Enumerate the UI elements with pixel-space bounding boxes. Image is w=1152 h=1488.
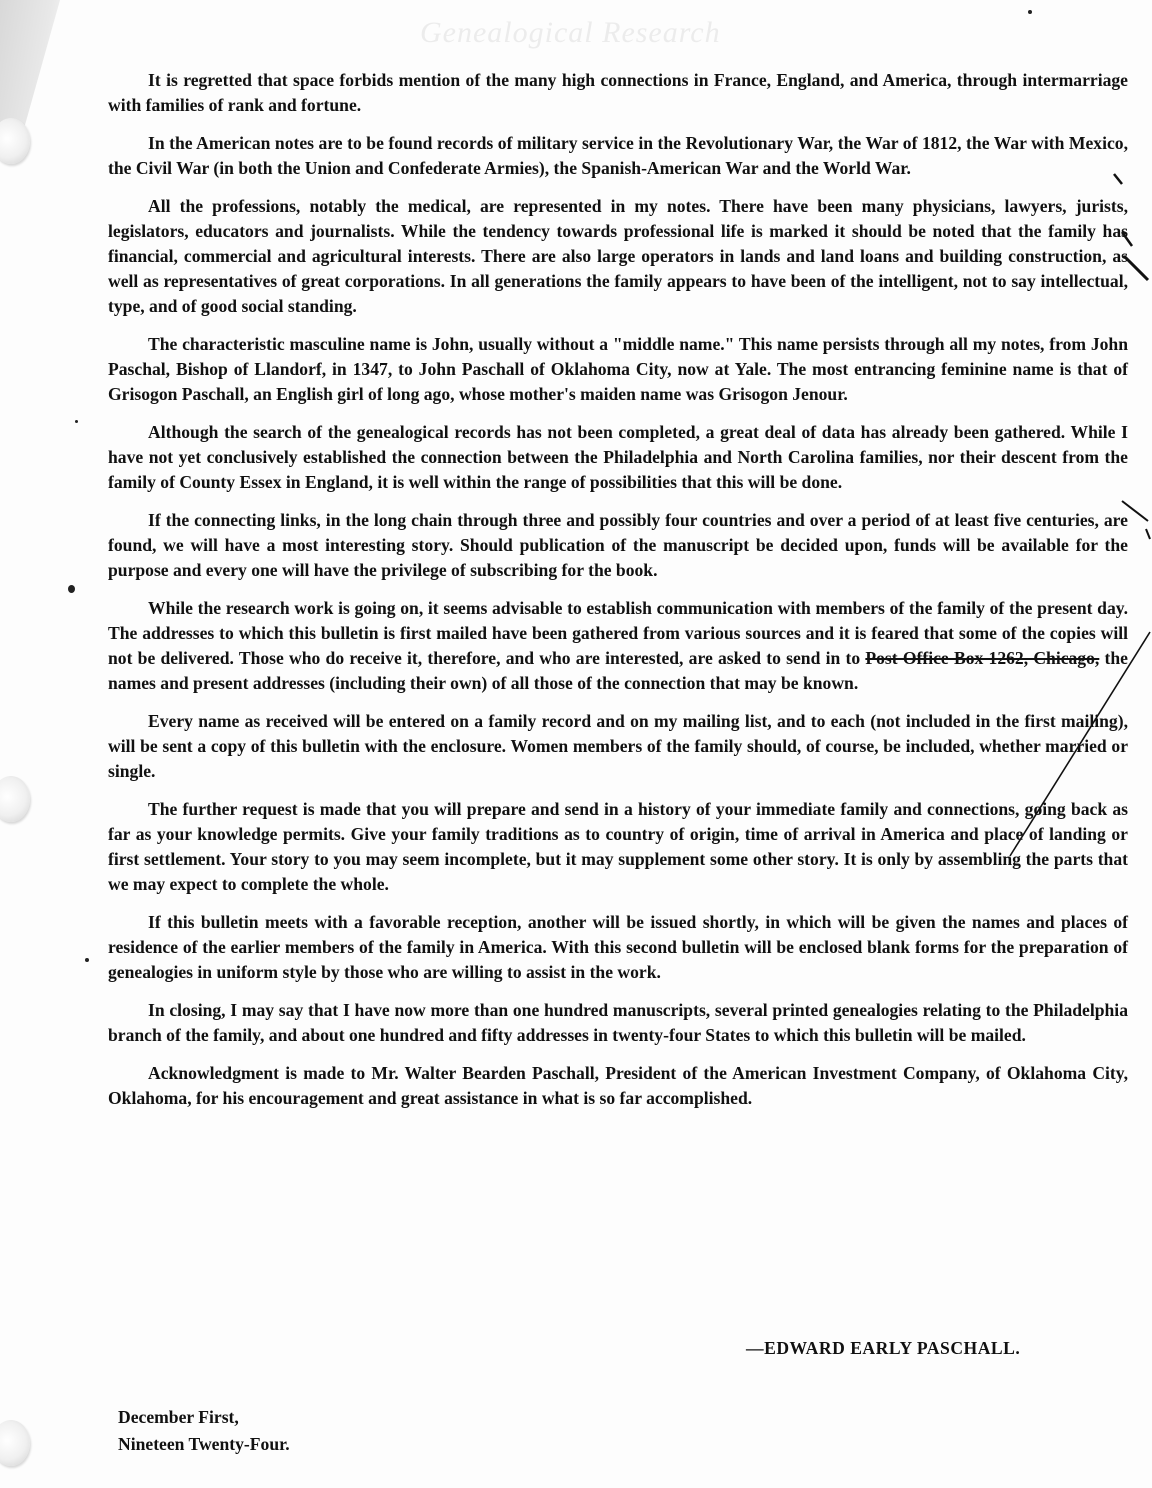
ink-dot bbox=[68, 585, 75, 593]
scanned-page: Genealogical Research It is regretted th… bbox=[0, 0, 1152, 1488]
paragraph: Acknowledgment is made to Mr. Walter Bea… bbox=[108, 1061, 1128, 1111]
bleed-through-heading: Genealogical Research bbox=[420, 16, 820, 50]
pen-mark-icon bbox=[1110, 170, 1140, 190]
paragraph: In the American notes are to be found re… bbox=[108, 131, 1128, 181]
punch-hole-icon bbox=[0, 776, 30, 822]
paragraph: It is regretted that space forbids menti… bbox=[108, 68, 1128, 118]
diagonal-pen-line-icon bbox=[980, 630, 1152, 860]
paragraph: All the professions, notably the medical… bbox=[108, 194, 1128, 319]
pen-mark-icon bbox=[1118, 495, 1152, 555]
date-line-2: Nineteen Twenty-Four. bbox=[118, 1431, 290, 1458]
paragraph: If the connecting links, in the long cha… bbox=[108, 508, 1128, 583]
paragraph: Every name as received will be entered o… bbox=[108, 709, 1128, 784]
date-line-1: December First, bbox=[118, 1404, 290, 1431]
paragraph: The characteristic masculine name is Joh… bbox=[108, 332, 1128, 407]
paragraph: If this bulletin meets with a favorable … bbox=[108, 910, 1128, 985]
date-line: December First, Nineteen Twenty-Four. bbox=[118, 1404, 290, 1458]
ink-dot bbox=[75, 420, 78, 423]
ink-dot bbox=[85, 958, 89, 962]
ink-dot bbox=[1028, 10, 1032, 14]
paragraph-with-strikethrough: While the research work is going on, it … bbox=[108, 596, 1128, 696]
paragraph: Although the search of the genealogical … bbox=[108, 420, 1128, 495]
pen-mark-icon bbox=[1118, 228, 1152, 288]
paragraph: The further request is made that you wil… bbox=[108, 797, 1128, 897]
signature: —EDWARD EARLY PASCHALL. bbox=[746, 1338, 1020, 1359]
punch-hole-icon bbox=[0, 118, 30, 164]
punch-hole-icon bbox=[0, 1420, 30, 1466]
letter-body: It is regretted that space forbids menti… bbox=[108, 68, 1128, 1124]
paragraph: In closing, I may say that I have now mo… bbox=[108, 998, 1128, 1048]
